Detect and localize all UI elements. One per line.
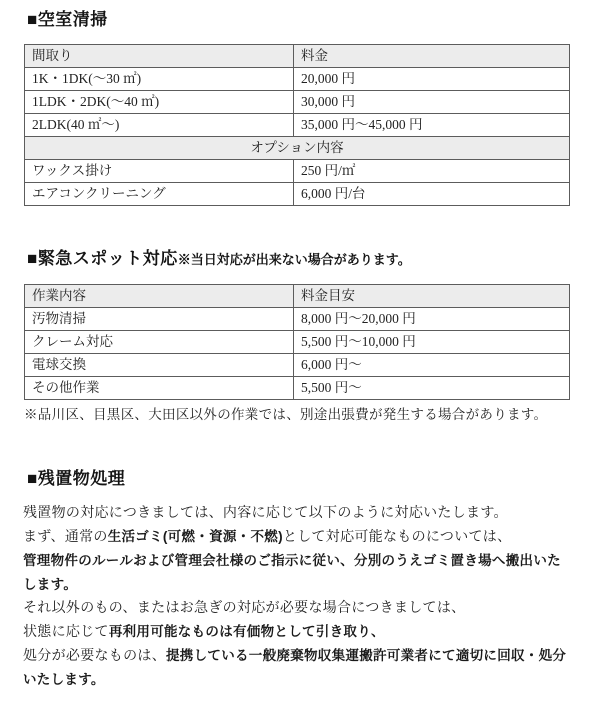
cell-option-fee: 250 円/㎡ bbox=[294, 160, 570, 183]
table-row: その他作業 5,500 円〜 bbox=[25, 377, 570, 400]
cell-task: クレーム対応 bbox=[25, 331, 294, 354]
cell-fee: 6,000 円〜 bbox=[294, 354, 570, 377]
option-header-row: オプション内容 bbox=[25, 137, 570, 160]
body-text-segment: として対応可能なものについては、 bbox=[283, 530, 512, 545]
table-row: 2LDK(40 ㎡〜) 35,000 円〜45,000 円 bbox=[25, 114, 570, 137]
body-line: 管理物件のルールおよび管理会社様のご指示に従い、分別のうえゴミ置き場へ搬出いたし… bbox=[23, 549, 570, 597]
body-line: 処分が必要なものは、提携している一般廃棄物収集運搬許可業者にて適切に回収・処分い… bbox=[23, 644, 570, 692]
section-title-leftover-disposal: ■残置物処理 bbox=[27, 467, 570, 490]
cell-floorplan: 1K・1DK(〜30 ㎡) bbox=[25, 68, 294, 91]
cell-fee: 8,000 円〜20,000 円 bbox=[294, 308, 570, 331]
body-text-segment: それ以外のもの、またはお急ぎの対応が必要な場合につきましては、 bbox=[23, 601, 465, 616]
cell-task: 電球交換 bbox=[25, 354, 294, 377]
cell-fee: 20,000 円 bbox=[294, 68, 570, 91]
section-title-vacant-cleaning: ■空室清掃 bbox=[27, 8, 570, 31]
option-section-header: オプション内容 bbox=[25, 137, 570, 160]
body-line: それ以外のもの、またはお急ぎの対応が必要な場合につきましては、 bbox=[23, 597, 570, 620]
cell-option-label: ワックス掛け bbox=[25, 160, 294, 183]
body-text-segment-bold: 生活ゴミ(可燃・資源・不燃) bbox=[108, 529, 283, 544]
body-line: 残置物の対応につきましては、内容に応じて以下のように対応いたします。 bbox=[23, 502, 570, 525]
cell-fee: 5,500 円〜10,000 円 bbox=[294, 331, 570, 354]
leftover-disposal-body: 残置物の対応につきましては、内容に応じて以下のように対応いたします。 まず、通常… bbox=[23, 502, 570, 692]
body-text-segment: 処分が必要なものは、 bbox=[23, 649, 166, 664]
column-header-fee-estimate: 料金目安 bbox=[294, 285, 570, 308]
section-gap bbox=[23, 206, 570, 247]
body-text-segment: 状態に応じて bbox=[23, 625, 109, 640]
cell-floorplan: 1LDK・2DK(〜40 ㎡) bbox=[25, 91, 294, 114]
table-row: 1LDK・2DK(〜40 ㎡) 30,000 円 bbox=[25, 91, 570, 114]
cell-fee: 30,000 円 bbox=[294, 91, 570, 114]
body-text-segment-bold: 管理物件のルールおよび管理会社様のご指示に従い、分別のうえゴミ置き場へ搬出いたし… bbox=[23, 553, 561, 592]
cell-task: 汚物清掃 bbox=[25, 308, 294, 331]
column-header-fee: 料金 bbox=[294, 45, 570, 68]
body-text-segment: 残置物の対応につきましては、内容に応じて以下のように対応いたします。 bbox=[23, 506, 508, 521]
table-row: 電球交換 6,000 円〜 bbox=[25, 354, 570, 377]
document-page: ■空室清掃 間取り 料金 1K・1DK(〜30 ㎡) 20,000 円 1LDK… bbox=[0, 0, 590, 692]
cell-fee: 35,000 円〜45,000 円 bbox=[294, 114, 570, 137]
table-header-row: 作業内容 料金目安 bbox=[25, 285, 570, 308]
section-title-emergency-spot: ■緊急スポット対応※当日対応が出来ない場合があります。 bbox=[27, 247, 570, 271]
body-line: 状態に応じて再利用可能なものは有価物として引き取り、 bbox=[23, 620, 570, 644]
column-header-task: 作業内容 bbox=[25, 285, 294, 308]
table-row: ワックス掛け 250 円/㎡ bbox=[25, 160, 570, 183]
section-gap bbox=[23, 424, 570, 467]
cell-fee: 5,500 円〜 bbox=[294, 377, 570, 400]
travel-fee-footnote: ※品川区、目黒区、大田区以外の作業では、別途出張費が発生する場合があります。 bbox=[24, 405, 570, 424]
section-title-text: ■緊急スポット対応 bbox=[27, 249, 178, 268]
cell-option-fee: 6,000 円/台 bbox=[294, 183, 570, 206]
body-text-segment-bold: 再利用可能なものは有価物として引き取り、 bbox=[109, 624, 385, 639]
table-row: エアコンクリーニング 6,000 円/台 bbox=[25, 183, 570, 206]
vacant-cleaning-price-table: 間取り 料金 1K・1DK(〜30 ㎡) 20,000 円 1LDK・2DK(〜… bbox=[24, 44, 570, 206]
body-line: まず、通常の生活ゴミ(可燃・資源・不燃)として対応可能なものについては、 bbox=[23, 525, 570, 549]
emergency-spot-price-table: 作業内容 料金目安 汚物清掃 8,000 円〜20,000 円 クレーム対応 5… bbox=[24, 284, 570, 400]
table-row: クレーム対応 5,500 円〜10,000 円 bbox=[25, 331, 570, 354]
body-text-segment: まず、通常の bbox=[23, 530, 108, 545]
cell-task: その他作業 bbox=[25, 377, 294, 400]
column-header-floorplan: 間取り bbox=[25, 45, 294, 68]
cell-option-label: エアコンクリーニング bbox=[25, 183, 294, 206]
table-row: 1K・1DK(〜30 ㎡) 20,000 円 bbox=[25, 68, 570, 91]
section-title-annotation: ※当日対応が出来ない場合があります。 bbox=[178, 252, 411, 267]
table-row: 汚物清掃 8,000 円〜20,000 円 bbox=[25, 308, 570, 331]
table-header-row: 間取り 料金 bbox=[25, 45, 570, 68]
cell-floorplan: 2LDK(40 ㎡〜) bbox=[25, 114, 294, 137]
